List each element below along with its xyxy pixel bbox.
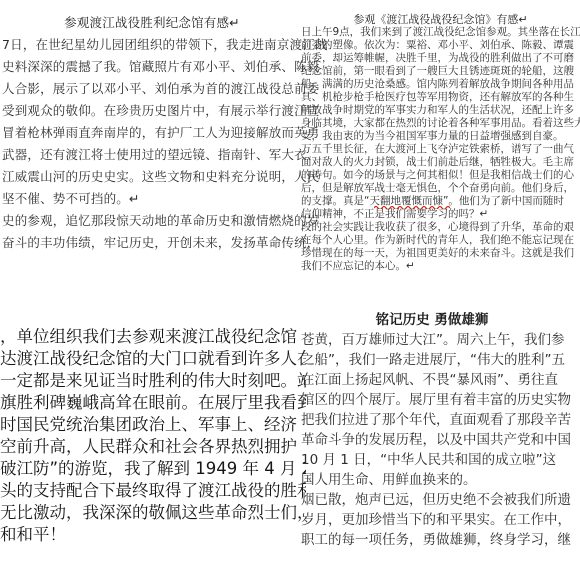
text-line: 岁月，更加珍惜当下的和平果实。在工作中， <box>301 510 580 530</box>
text-line: 和和平！ <box>0 524 306 546</box>
scanned-essays-page: { "colors": { "text_primary": "#2e2e2e",… <box>0 0 580 580</box>
text-line: 史料深深的震撼了我。馆藏照片有邓小平、刘伯承、陈毅 <box>2 56 334 78</box>
text-line: 身临其境，大家都在热烈的讨论着各种军事用品。看着这些大部分都 <box>301 117 580 130</box>
spellcheck-squiggle <box>374 205 450 209</box>
text-line: 一定都是来见证当时胜利的伟大时刻吧。站 <box>0 370 306 392</box>
text-line: 旗胜利碑巍峨高耸在眼前。在展厅里我看到 <box>0 392 306 414</box>
text-line: 时国民党统治集团政治上、军事上、经济 <box>0 414 306 436</box>
essay-right-top-title: 参观《渡江战役战役纪念馆》有感↵ <box>301 13 580 26</box>
text-line: 馆区的四个展厅。展厅里有着丰富的历史实物 <box>301 390 580 410</box>
text-line: 在江面上扬起风帆、不畏“暴风雨”、勇往直 <box>301 370 580 390</box>
text-line: 信仰精神，不正是我们需要学习的吗？↵ <box>301 208 580 221</box>
text-line: 革命斗争的发展历程，以及中国共产党和中国 <box>301 430 580 450</box>
text-line: 达渡江战役纪念馆的大门口就看到许多人在 <box>0 348 306 370</box>
essay-right-bottom-body: 苍黄，百万雄师过大江”。周六上午，我们参之船”，我们一路走进展厅，“伟大的胜利”… <box>301 330 580 550</box>
text-line: 我们不应忘记的本心。↵ <box>301 260 580 273</box>
text-line: 人合影，展示了以邓小平、刘伯承为首的渡江战役总前委 <box>2 78 334 100</box>
text-line: 受到观众的敬仰。在珍贵历史图片中，有展示举行渡江宣 <box>2 100 334 122</box>
text-line: 空前升高，人民群众和社会各界热烈拥护 <box>0 436 306 458</box>
text-line: 珍惜现在的每一天，为祖国更美好的未来奋斗。这就是我们 <box>301 247 580 260</box>
text-line: 江威震山河的历史史实。这些文物和史料充分说明，人民 <box>2 166 334 188</box>
text-line: 武器，还有渡江将士使用过的望远镜、指南针、军大衣、 <box>2 144 334 166</box>
essay-left-bottom-body: ，单位组织我们去参观来渡江战役纪念馆达渡江战役纪念馆的大门口就看到许多人在一定都… <box>0 326 306 546</box>
text-line: 冒着枪林弹雨直奔南岸的，有护厂工人为迎接解放而英勇 <box>2 122 334 144</box>
text-line: 前委，却运筹帷幄，决胜千里，为战役的胜利做出了不可磨 <box>301 52 580 65</box>
text-line: 日上午9点，我们来到了渡江战役纪念馆参观。其坐落在长江边上， <box>301 26 580 39</box>
text-line: 10 月 1 日，“中华人民共和国的成立啦”这 <box>301 450 580 470</box>
text-line: 烟已散，炮声已远，但历史绝不会被我们所遗 <box>301 490 580 510</box>
essay-left-top-title: 参观渡江战役胜利纪念馆有感↵ <box>2 12 302 34</box>
text-line: 国人用生命、用鲜血换来的。 <box>301 470 580 490</box>
text-line: 的诗句。如今的场景与之何其相似！但是我相信战士们的心 <box>301 169 580 182</box>
essay-right-top: 参观《渡江战役战役纪念馆》有感↵ 日上午9点，我们来到了渡江战役纪念馆参观。其坐… <box>301 13 580 279</box>
text-line: 苍黄，百万雄师过大江”。周六上午，我们参 <box>301 330 580 350</box>
text-line: 船，满满的历史沧桑感。馆内陈列着解放战争期间各种用品 <box>301 78 580 91</box>
text-line: 具、机枪步枪手枪医疗包等军用物资，还有解放军的各种生 <box>301 91 580 104</box>
text-line: 纪念馆前，第一眼看到了一艘巨大且锈迹斑斑的轮船，这艘 <box>301 65 580 78</box>
text-line: 无比激动，我深深的敬佩这些革命烈士们， <box>0 502 306 524</box>
text-line: 前委的塑像。依次为：粟裕、邓小平、刘伯承、陈毅、谭震 <box>301 39 580 52</box>
essay-left-bottom: ，单位组织我们去参观来渡江战役纪念馆达渡江战役纪念馆的大门口就看到许多人在一定都… <box>0 326 306 560</box>
text-line: 之船”，我们一路走进展厅，“伟大的胜利”五 <box>301 350 580 370</box>
text-line: 段的社会实践让我收获了很多，心境得到了升华，革命的艰 <box>301 221 580 234</box>
text-line: ，单位组织我们去参观来渡江战役纪念馆 <box>0 326 306 348</box>
text-line: 7日，在世纪星幼儿园团组织的带领下，我走进南京渡江战 <box>2 34 334 56</box>
essay-left-top: 参观渡江战役胜利纪念馆有感↵ 7日，在世纪星幼儿园团组织的带领下，我走进南京渡江… <box>2 12 334 260</box>
text-line: 史的参观，追忆那段惊天动地的革命历史和激情燃烧的岁 <box>2 210 334 232</box>
text-line: 破江防”的游览，我了解到 1949 年 4 月 2 <box>0 458 306 480</box>
text-line: 解放战争时期党的军事实力和军人的生活状况，还配上许多 <box>301 104 580 117</box>
text-line: 面对敌人的火力封锁，战士们前赴后继，牺牲极大。毛主席 <box>301 156 580 169</box>
text-line: 万五千里长征，在大渡河上飞夺泸定铁索桥，谱写了一曲气 <box>301 143 580 156</box>
essay-right-bottom-title: 铭记历史 勇做雄狮 <box>301 310 563 330</box>
text-line: 奋斗的丰功伟绩，牢记历史，开创未来，发扬革命传统， <box>2 232 334 254</box>
essay-right-bottom: 铭记历史 勇做雄狮 苍黄，百万雄师过大江”。周六上午，我们参之船”，我们一路走进… <box>301 310 580 562</box>
text-line: 在每个人心里。作为新时代的青年人，我们绝不能忘记现在 <box>301 234 580 247</box>
text-line: 后，但是解放军战士毫无惧色，个个奋勇向前。他们身后， <box>301 182 580 195</box>
essay-left-top-body: 7日，在世纪星幼儿园团组织的带领下，我走进南京渡江战史料深深的震撼了我。馆藏照片… <box>2 34 334 254</box>
essay-right-top-body: 日上午9点，我们来到了渡江战役纪念馆参观。其坐落在长江边上，前委的塑像。依次为：… <box>301 26 580 273</box>
text-line: 头的支持配合下最终取得了渡江战役的胜利 <box>0 480 306 502</box>
text-line: 坚不催、势不可挡的。↵ <box>2 188 334 210</box>
text-line: 职工的每一项任务，勇做雄狮，终身学习，继 <box>301 530 580 550</box>
text-line: 支，我由衷的为当今祖国军事力量的日益增强感到自豪。 <box>301 130 580 143</box>
text-line: 把我们拉进了那个年代，直面观看了那段辛苦 <box>301 410 580 430</box>
